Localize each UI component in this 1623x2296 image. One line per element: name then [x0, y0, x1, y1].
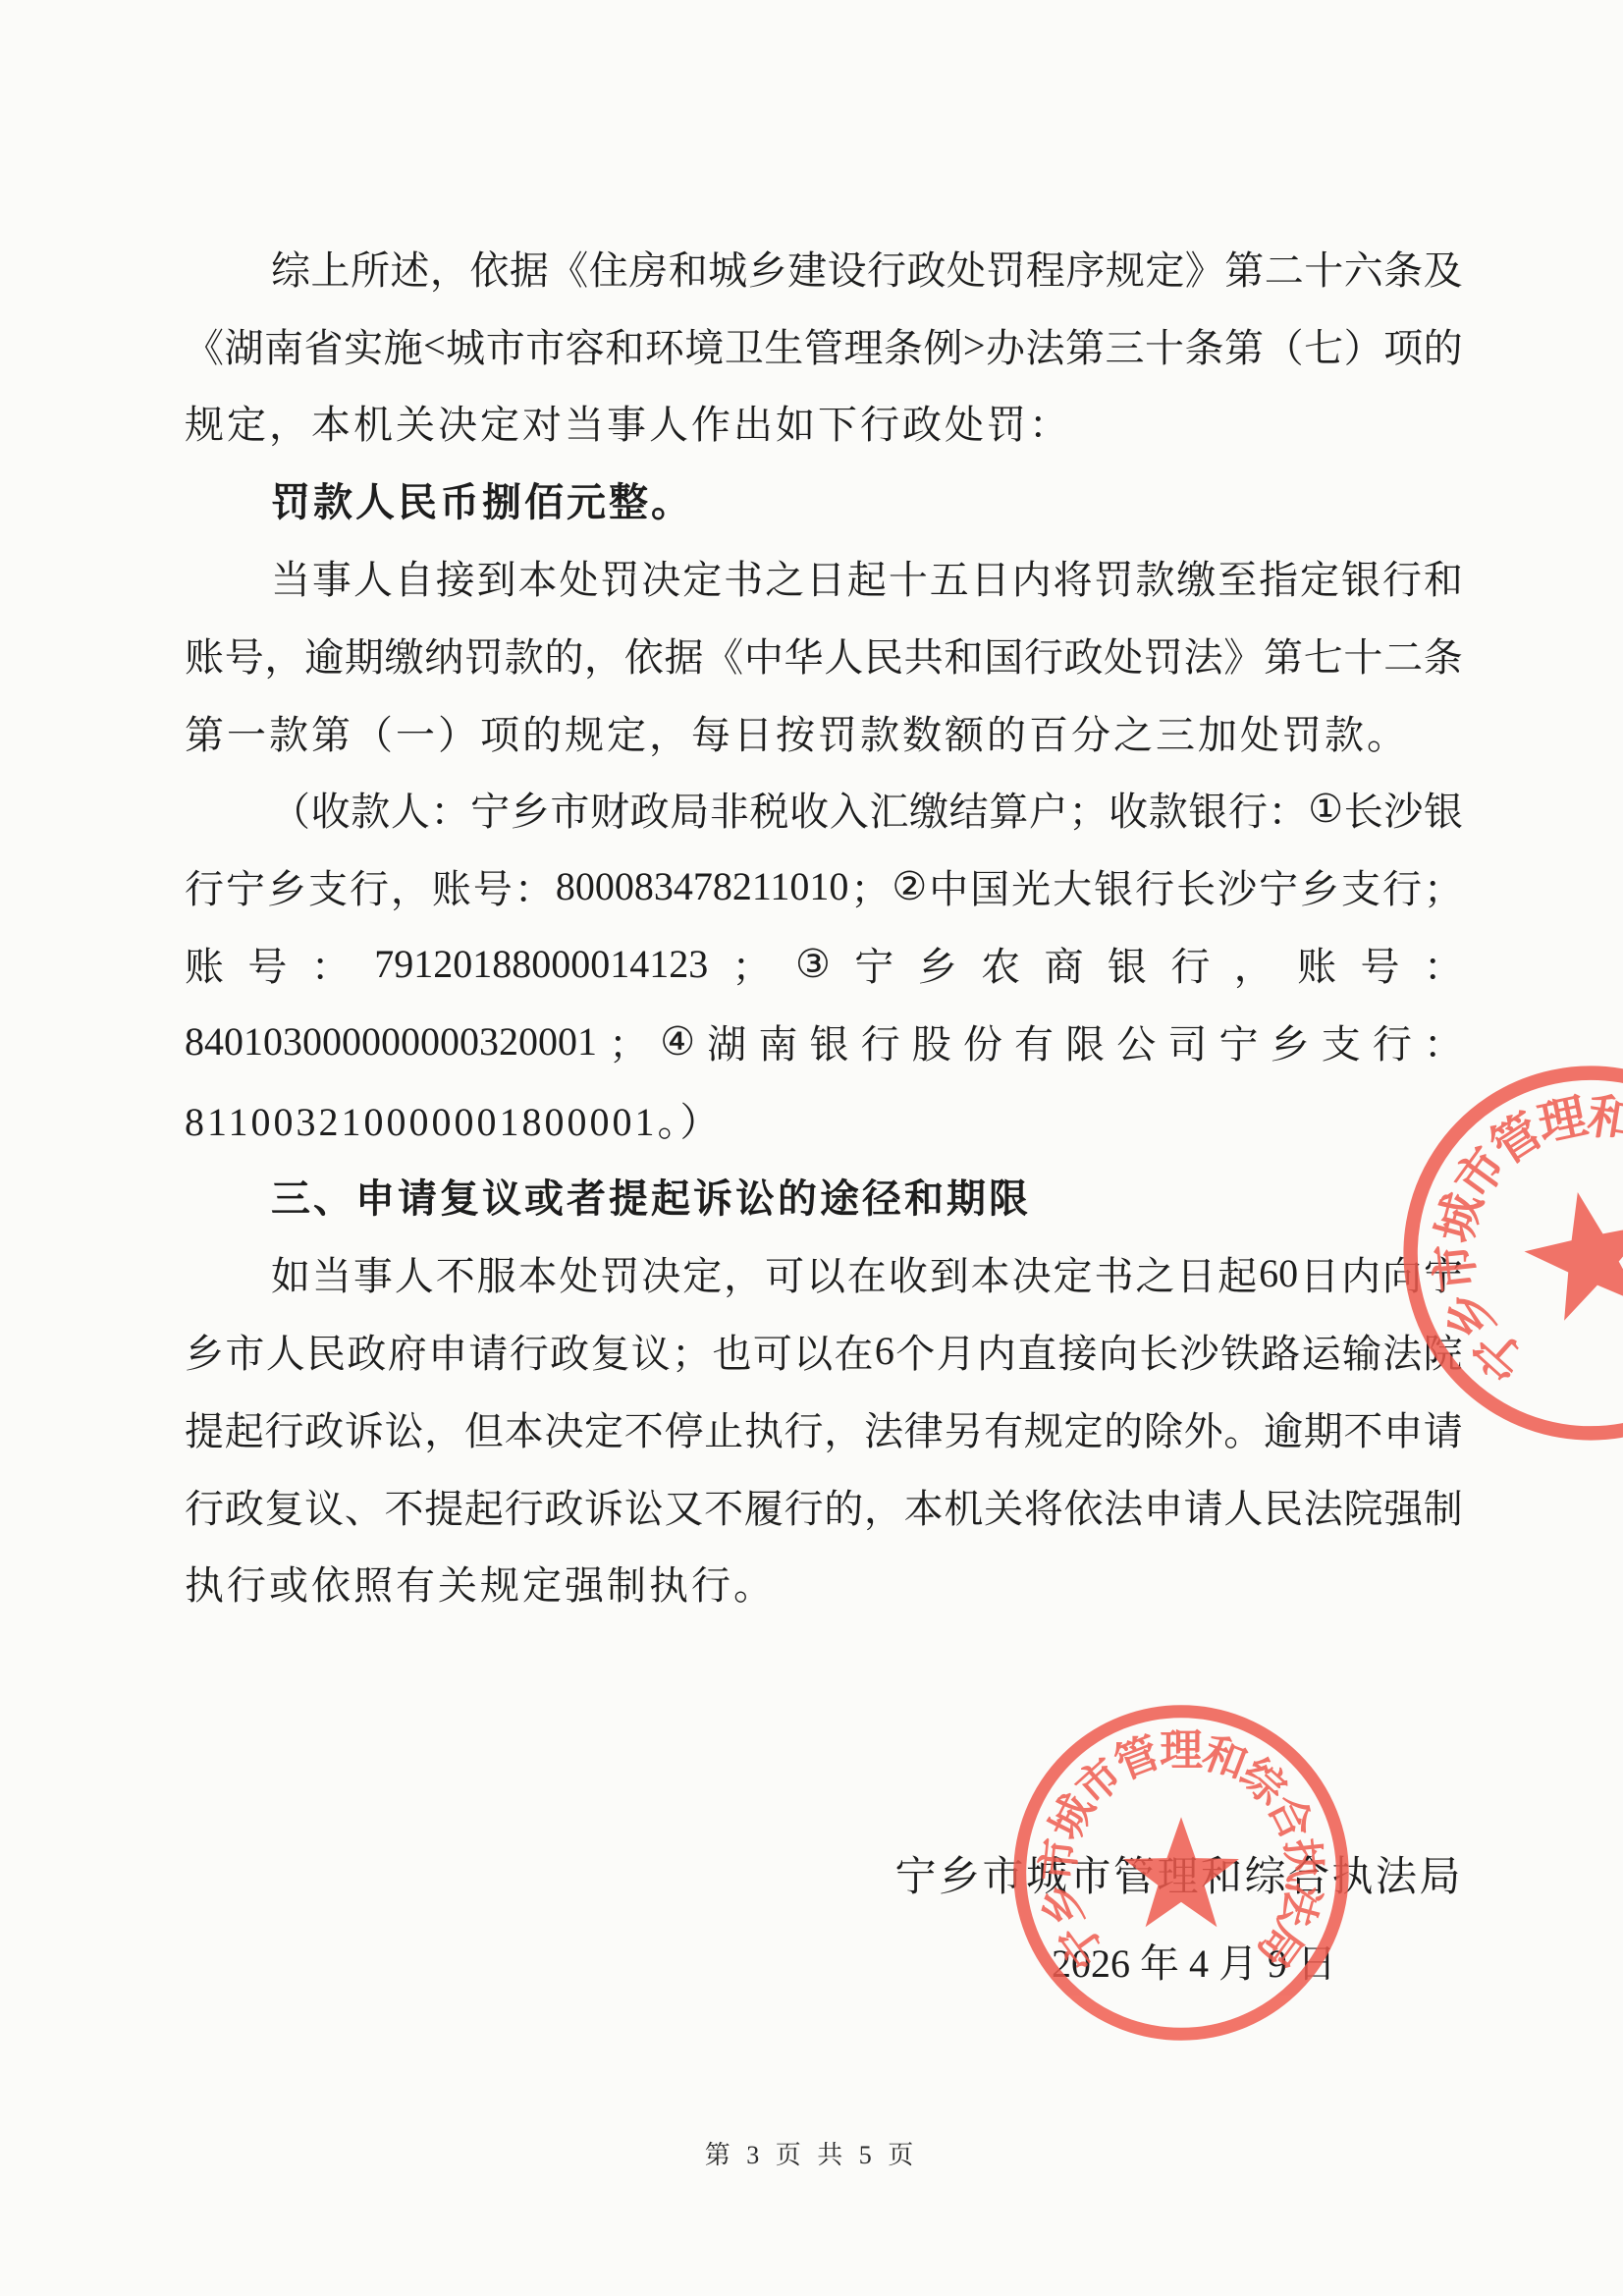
body-line: 当事人自接到本处罚决定书之日起十五日内将罚款缴至指定银行和 — [185, 538, 1463, 616]
body-line: 综上所述，依据《住房和城乡建设行政处罚程序规定》第二十六条及 — [185, 229, 1463, 306]
seal-character: 综 — [1231, 1750, 1296, 1816]
seal-character: 理 — [1160, 1727, 1203, 1775]
body-line: 行宁乡支行，账号：800083478211010；②中国光大银行长沙宁乡支行； — [185, 847, 1463, 925]
seal-character: 市 — [1067, 1750, 1131, 1815]
body-line: 第一款第（一）项的规定，每日按罚款数额的百分之三加处罚款。 — [185, 693, 1463, 771]
body-line: 账号：79120188000014123；③宁乡农商银行，账号： — [185, 925, 1463, 1003]
seal-character: 城 — [1042, 1787, 1104, 1847]
seal-character: 宁 — [1464, 1318, 1536, 1391]
seal-character: 管 — [1482, 1104, 1551, 1175]
issuing-agency-signature: 宁乡市城市管理和综合执法局 — [894, 1844, 1463, 1903]
body-line: 840103000000000320001；④湖南银行股份有限公司宁乡支行： — [185, 1003, 1463, 1080]
scanned-document-page: 综上所述，依据《住房和城乡建设行政处罚程序规定》第二十六条及《湖南省实施<城市市… — [0, 0, 1623, 2296]
body-line: 乡市人民政府申请行政复议；也可以在6个月内直接向长沙铁路运输法院 — [185, 1312, 1463, 1390]
seal-character: 和 — [1584, 1088, 1623, 1149]
seal-character: 和 — [1196, 1728, 1254, 1788]
body-line: 如当事人不服本处罚决定，可以在收到本决定书之日起60日内向宁 — [185, 1234, 1463, 1312]
body-line: 罚款人民币捌佰元整。 — [185, 461, 1463, 538]
seal-character: 合 — [1259, 1787, 1322, 1847]
seal-character: 理 — [1534, 1089, 1592, 1152]
decision-date: 2026 年 4 月 9 日 — [1021, 1933, 1367, 1989]
seal-character: 管 — [1109, 1728, 1166, 1788]
body-line: 811003210000001800001。） — [185, 1080, 1463, 1158]
body-line: 账号，逾期缴纳罚款的，依据《中华人民共和国行政处罚法》第七十二条 — [185, 616, 1463, 693]
body-line: （收款人：宁乡市财政局非税收入汇缴结算户；收款银行：①长沙银 — [185, 771, 1463, 848]
body-line: 提起行政诉讼，但本决定不停止执行，法律另有规定的除外。逾期不申请 — [185, 1390, 1463, 1467]
body-line: 规定，本机关决定对当事人作出如下行政处罚： — [185, 384, 1463, 462]
body-line: 《湖南省实施<城市市容和环境卫生管理条例>办法第三十条第（七）项的 — [185, 306, 1463, 384]
document-body: 综上所述，依据《住房和城乡建设行政处罚程序规定》第二十六条及《湖南省实施<城市市… — [185, 229, 1463, 1621]
page-number-footer: 第 3 页 共 5 页 — [0, 2135, 1623, 2171]
body-line: 三、申请复议或者提起诉讼的途径和期限 — [185, 1158, 1463, 1235]
body-line: 行政复议、不提起行政诉讼又不履行的，本机关将依法申请人民法院强制 — [185, 1467, 1463, 1545]
body-line: 执行或依照有关规定强制执行。 — [185, 1545, 1463, 1622]
